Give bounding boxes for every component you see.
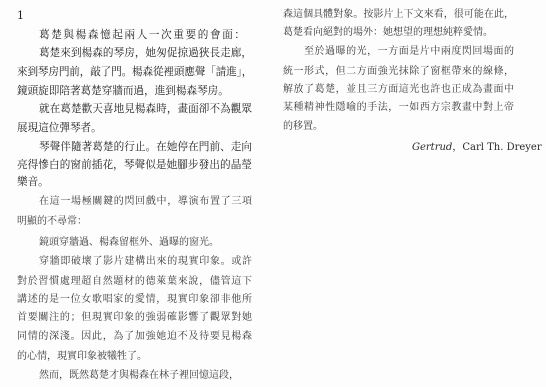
text-line: 展現這位彈琴者。 (17, 120, 252, 136)
text-line: 講述的是一位女歌唱家的愛情，現實印象卻非他所 (17, 292, 252, 308)
text-line: 同情的深淺。因此，為了加強她迫不及待要見楊森 (17, 329, 252, 345)
text-line: 琴聲伴隨著葛楚的行止。在她停在門前、走向 (39, 139, 252, 155)
image-caption: Gertrud，Carl Th. Dreyer (412, 141, 542, 155)
text-line: 解放了葛楚，並且三方面這光也許也正成為畫面中 (283, 82, 514, 98)
text-line: 來到琴房門前，敲了門。楊森從裡頭應聲「請進」， (17, 64, 252, 80)
text-line: 至於過曝的光，一方面是片中兩度閃回場面的 (304, 44, 514, 60)
text-line: 首要關注的；但現實印象的強弱確影響了觀眾對她 (17, 310, 252, 326)
text-line: 穿牆即破壞了影片建構出來的現實印象。或許 (39, 254, 252, 270)
caption-separator: ， (452, 142, 462, 153)
text-line: 葛楚與楊森憶起兩人一次重要的會面： (39, 27, 245, 43)
text-line: 的移置。 (283, 119, 514, 135)
page-number: 1 (17, 8, 24, 24)
text-line: 統一形式，但二方面強光抹除了窗框帶來的線條， (283, 64, 514, 80)
text-line: 在這一場極關鍵的閃回戲中，導演布置了三項 (39, 194, 252, 210)
director-name: Carl Th. Dreyer (462, 142, 541, 153)
text-line: 鏡頭穿牆過、楊森留框外、過曝的窗光。 (39, 235, 252, 251)
text-line: 然而，既然葛楚才與楊森在林子裡回憶這段， (39, 368, 252, 384)
text-line: 的心情，現實印象被犧牲了。 (17, 349, 252, 365)
text-line: 某種精神性隱喻的手法，一如西方宗教畫中對上帝 (283, 100, 514, 116)
text-line: 樂音。 (17, 174, 252, 190)
text-line: 葛楚來到楊森的琴房，她匆促掠過狹長走廊， (39, 45, 252, 61)
text-line: 對於習慣處理超自然題材的德萊葉來說，儘管這下 (17, 274, 252, 290)
text-line: 就在葛楚歡天喜地見楊森時，畫面卻不為觀眾 (39, 101, 252, 117)
text-line: 葛楚看向絕對的場外：她想望的理想純粹愛情。 (283, 25, 514, 41)
film-title: Gertrud (412, 142, 452, 153)
text-line: 明顯的不尋常： (17, 214, 252, 230)
text-line: 鏡頭旋即陪著葛楚穿牆而過，進到楊森琴房。 (17, 83, 252, 99)
text-line: 亮得慘白的窗前插花，琴聲似是她腳步發出的晶瑩 (17, 157, 252, 173)
document-page: 1 葛楚與楊森憶起兩人一次重要的會面： 葛楚來到楊森的琴房，她匆促掠過狹長走廊，… (0, 0, 546, 387)
text-line: 森這個具體對象。按影片上下文來看，很可能在此， (283, 7, 514, 23)
